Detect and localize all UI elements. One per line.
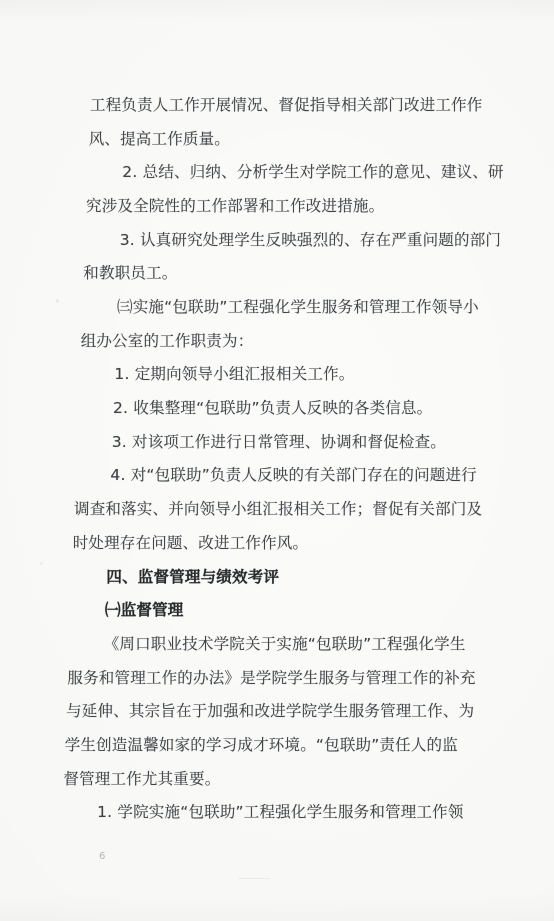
text-line: 2. 总结、归纳、分析学生对学院工作的意见、建议、研: [122, 161, 503, 183]
text-line: 组办公室的工作职责为：: [81, 330, 254, 352]
text-line: ㈢实施“包联助”工程强化学生服务和管理工作领导小: [117, 296, 479, 318]
text-line: 学生创造温馨如家的学习成才环境。“包联助”责任人的监: [65, 734, 458, 756]
text-line: 和教职员工。: [83, 262, 177, 284]
scan-streak: [238, 878, 270, 879]
text-line: 调查和落实、并向领导小组汇报相关工作；督促有关部门及: [74, 498, 482, 520]
heading-line: 四、监督管理与绩效考评: [106, 566, 279, 588]
text-line: 《周口职业技术学院关于实施“包联助”工程强化学生: [104, 633, 466, 655]
text-line: 风、提高工作质量。: [89, 128, 230, 150]
page-number: 6: [99, 851, 105, 862]
heading-line: ㈠监督管理: [105, 599, 184, 621]
text-line: 4. 对“包联助”负责人反映的有关部门存在的问题进行: [110, 464, 476, 486]
text-line: 与延伸、其宗旨在于加强和改进学院学生服务管理工作、为: [66, 700, 474, 722]
text-line: 时处理存在问题、改进工作作风。: [73, 532, 309, 554]
text-line: 工程负责人工作开展情况、督促指导相关部门改进工作作: [90, 94, 483, 116]
text-line: 1. 学院实施“包联助”工程强化学生服务和管理工作领: [97, 801, 463, 823]
text-line: 究涉及全院性的工作部署和工作改进措施。: [86, 195, 384, 217]
text-line: 督管理工作尤其重要。: [63, 768, 220, 790]
text-line: 2. 收集整理“包联助”负责人反映的各类信息。: [113, 397, 432, 419]
scanned-page: 工程负责人工作开展情况、督促指导相关部门改进工作作风、提高工作质量。2. 总结、…: [0, 0, 554, 921]
text-line: 服务和管理工作的办法》是学院学生服务与管理工作的补充: [67, 667, 475, 689]
text-block: 工程负责人工作开展情况、督促指导相关部门改进工作作风、提高工作质量。2. 总结、…: [0, 0, 554, 921]
scan-speck: [40, 562, 43, 565]
scan-speck: [56, 299, 59, 303]
text-line: 3. 对该项工作进行日常管理、协调和督促检查。: [112, 431, 446, 453]
text-line: 1. 定期向领导小组汇报相关工作。: [114, 363, 354, 385]
text-line: 3. 认真研究处理学生反映强烈的、存在严重问题的部门: [120, 229, 501, 251]
